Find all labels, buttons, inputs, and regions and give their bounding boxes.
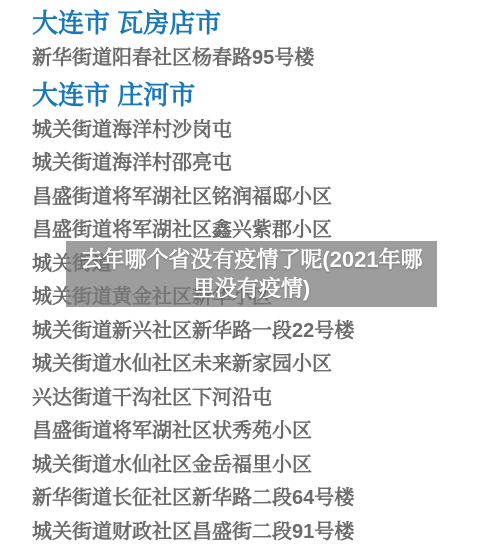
list-item: 兴达街道干沟社区下河沿屯 <box>32 382 490 416</box>
city-header: 大连市 庄河市 <box>32 76 490 114</box>
title-overlay-line2: 里没有疫情) <box>193 274 310 303</box>
list-item: 新华街道长征社区新华路二段64号楼 <box>32 482 490 516</box>
list-item: 城关街道财政社区昌盛街二段91号楼 <box>32 516 490 550</box>
list-item: 城关街道水仙社区金岳福里小区 <box>32 449 490 483</box>
list-item: 城关街道海洋村沙岗屯 <box>32 114 490 148</box>
list-item: 新华街道阳春社区杨春路95号楼 <box>32 42 490 76</box>
page: { "colors": { "header_blue": "#1878b9", … <box>0 0 500 551</box>
list-item: 昌盛街道将军湖社区状秀苑小区 <box>32 415 490 449</box>
list-item: 城关街道海洋村邵亮屯 <box>32 147 490 181</box>
city-header: 大连市 瓦房店市 <box>32 4 490 42</box>
title-overlay-line1: 去年哪个省没有疫情了呢(2021年哪 <box>80 245 422 274</box>
list-item: 昌盛街道将军湖社区铭润福邸小区 <box>32 181 490 215</box>
list-item: 城关街道新兴社区新华路一段22号楼 <box>32 315 490 349</box>
list-item: 城关街道水仙社区未来新家园小区 <box>32 348 490 382</box>
title-overlay: 去年哪个省没有疫情了呢(2021年哪 里没有疫情) <box>66 241 437 307</box>
